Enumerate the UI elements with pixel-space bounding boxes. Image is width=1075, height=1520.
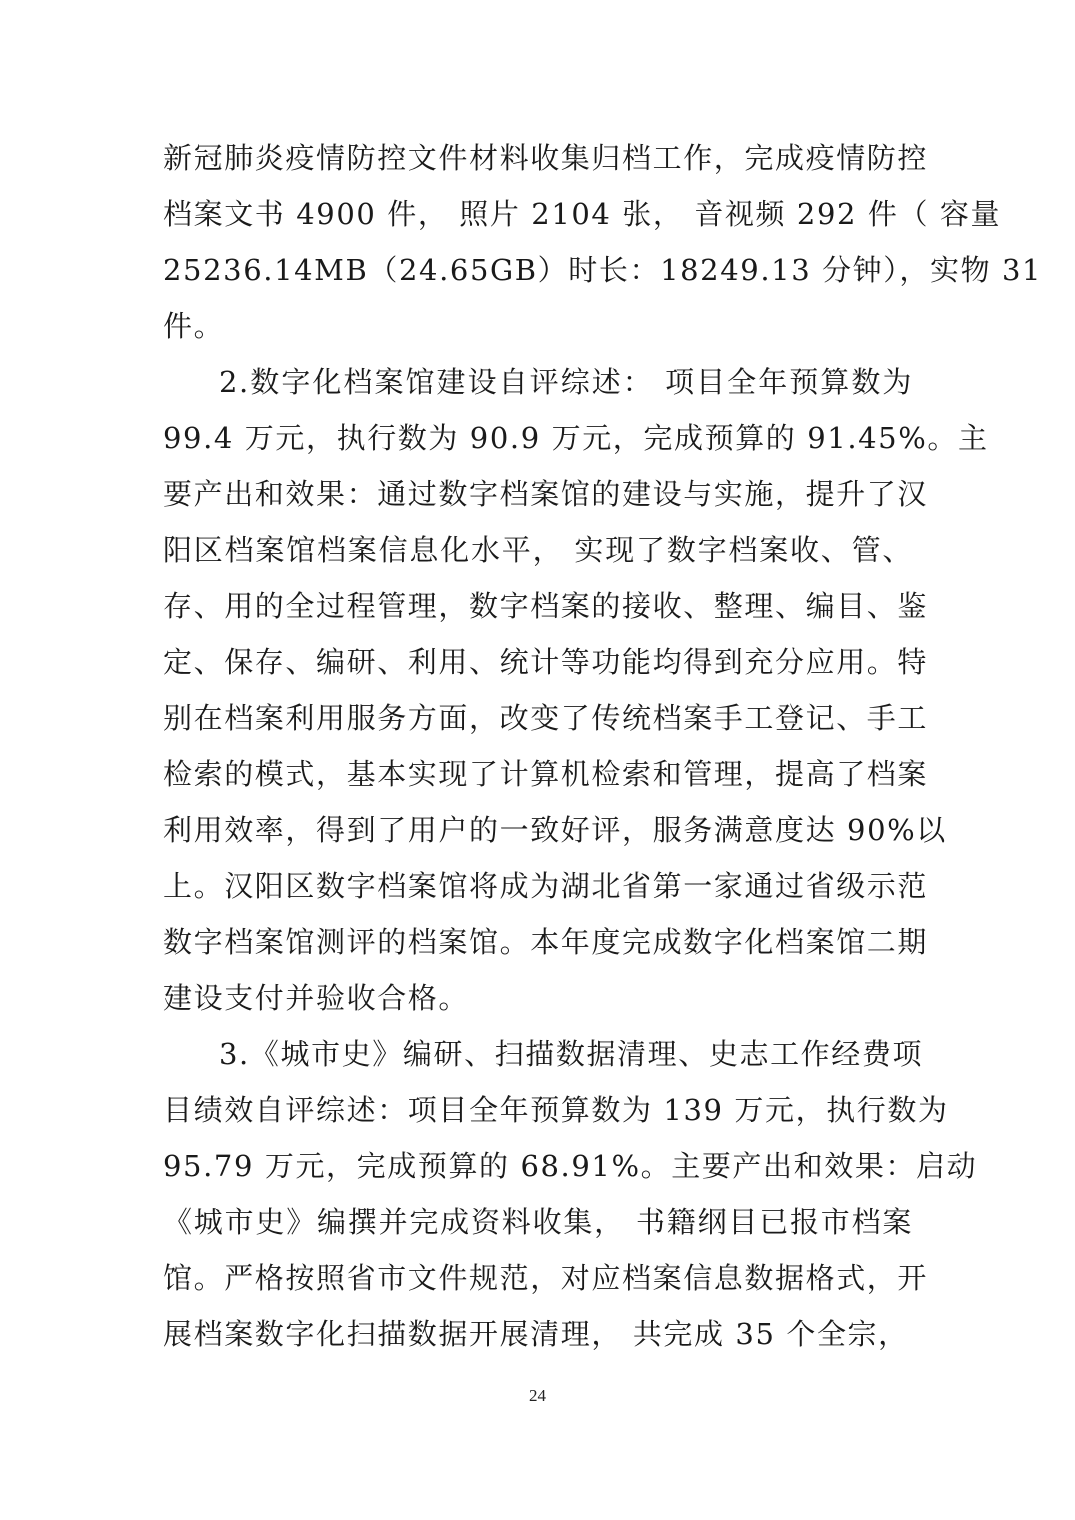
text-line: 《城市史》编撰并完成资料收集， 书籍纲目已报市档案: [163, 1194, 913, 1250]
text-line: 目绩效自评综述：项目全年预算数为 139 万元，执行数为: [163, 1082, 913, 1138]
text-line: 件。: [163, 298, 913, 354]
document-page: 新冠肺炎疫情防控文件材料收集归档工作，完成疫情防控 档案文书 4900 件， 照…: [0, 0, 1075, 1520]
text-line: 新冠肺炎疫情防控文件材料收集归档工作，完成疫情防控: [163, 130, 913, 186]
text-line: 要产出和效果：通过数字档案馆的建设与实施，提升了汉: [163, 466, 913, 522]
text-line: 馆。严格按照省市文件规范，对应档案信息数据格式，开: [163, 1250, 913, 1306]
text-line: 存、用的全过程管理，数字档案的接收、整理、编目、鉴: [163, 578, 913, 634]
text-line: 建设支付并验收合格。: [163, 970, 913, 1026]
text-line: 99.4 万元，执行数为 90.9 万元，完成预算的 91.45%。主: [163, 410, 913, 466]
body-text: 新冠肺炎疫情防控文件材料收集归档工作，完成疫情防控 档案文书 4900 件， 照…: [163, 130, 913, 1362]
text-line: 展档案数字化扫描数据开展清理， 共完成 35 个全宗，: [163, 1306, 913, 1362]
text-line: 阳区档案馆档案信息化水平， 实现了数字档案收、管、: [163, 522, 913, 578]
text-line: 25236.14MB（24.65GB）时长：18249.13 分钟），实物 31: [163, 242, 913, 298]
text-line: 上。汉阳区数字档案馆将成为湖北省第一家通过省级示范: [163, 858, 913, 914]
paragraph-heading-line: 3.《城市史》编研、扫描数据清理、史志工作经费项: [163, 1026, 913, 1082]
text-line: 档案文书 4900 件， 照片 2104 张， 音视频 292 件（ 容量: [163, 186, 913, 242]
text-line: 别在档案利用服务方面，改变了传统档案手工登记、手工: [163, 690, 913, 746]
page-number: 24: [0, 1386, 1075, 1406]
paragraph-heading-line: 2.数字化档案馆建设自评综述： 项目全年预算数为: [163, 354, 913, 410]
text-line: 定、保存、编研、利用、统计等功能均得到充分应用。特: [163, 634, 913, 690]
text-line: 检索的模式，基本实现了计算机检索和管理，提高了档案: [163, 746, 913, 802]
text-line: 利用效率，得到了用户的一致好评，服务满意度达 90%以: [163, 802, 913, 858]
text-line: 数字档案馆测评的档案馆。本年度完成数字化档案馆二期: [163, 914, 913, 970]
text-line: 95.79 万元，完成预算的 68.91%。主要产出和效果：启动: [163, 1138, 913, 1194]
